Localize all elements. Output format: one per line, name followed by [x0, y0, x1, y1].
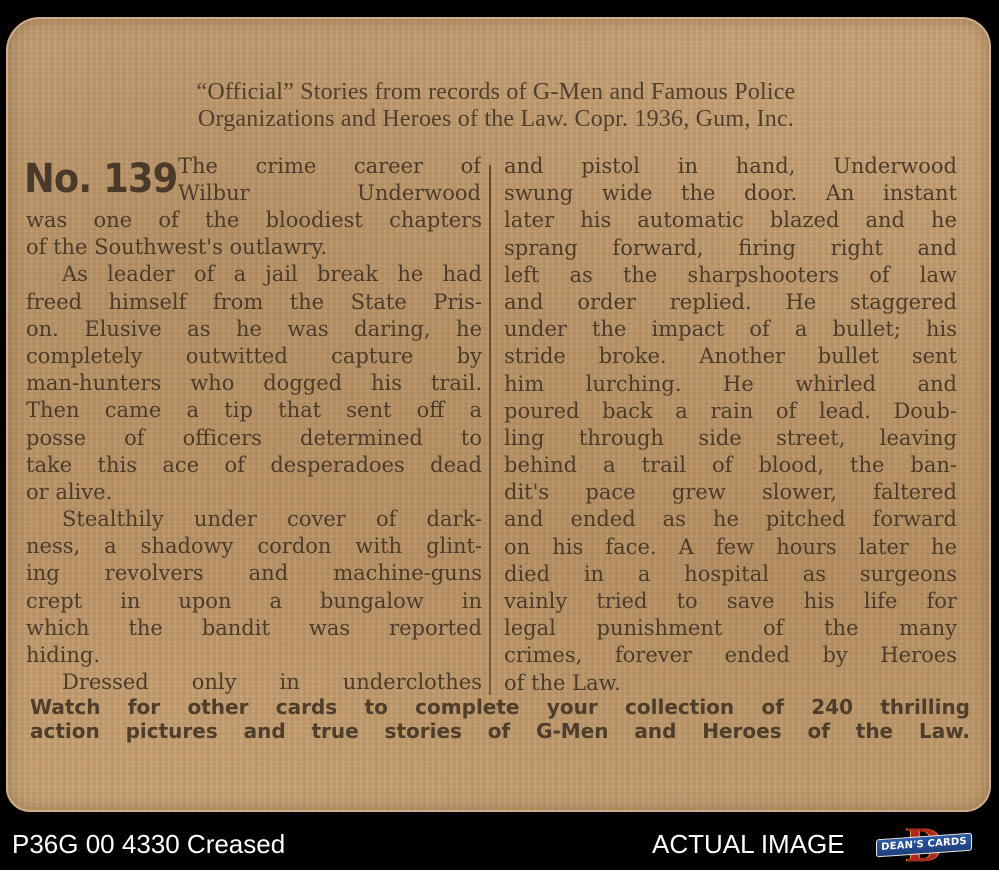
- story-line: left as the sharpshooters of law: [504, 262, 957, 289]
- collection-note-line: Watch for other cards to complete your c…: [30, 695, 970, 719]
- story-line: crimes, forever ended by Heroes: [504, 642, 957, 669]
- story-line: was one of the bloodiest chapters: [26, 207, 482, 234]
- story-line: and pistol in hand, Underwood: [504, 153, 957, 180]
- story-line: sprang forward, firing right and: [504, 235, 957, 262]
- story-line: The crime career of: [178, 153, 481, 180]
- story-line: Then came a tip that sent off a: [26, 397, 482, 424]
- story-line: on. Elusive as he was daring, he: [26, 316, 482, 343]
- story-line: behind a trail of blood, the ban-: [504, 452, 957, 479]
- trading-card-back: “Official” Stories from records of G-Men…: [6, 17, 991, 812]
- story-line: posse of officers determined to: [26, 425, 482, 452]
- story-line: of the Law.: [504, 670, 957, 697]
- image-stage: “Official” Stories from records of G-Men…: [0, 0, 999, 870]
- story-line: legal punishment of the many: [504, 615, 957, 642]
- story-line: on his face. A few hours later he: [504, 534, 957, 561]
- story-line: As leader of a jail break he had: [26, 261, 482, 288]
- logo-banner: DEAN'S CARDS: [876, 833, 972, 858]
- story-line: and order replied. He staggered: [504, 289, 957, 316]
- header-line: Organizations and Heroes of the Law. Cop…: [86, 106, 906, 133]
- story-line: died in a hospital as surgeons: [504, 561, 957, 588]
- header-line: “Official” Stories from records of G-Men…: [86, 79, 906, 106]
- story-line: and ended as he pitched forward: [504, 506, 957, 533]
- story-line: later his automatic blazed and he: [504, 207, 957, 234]
- story-line: take this ace of desperadoes dead: [26, 452, 482, 479]
- story-line: dit's pace grew slower, faltered: [504, 479, 957, 506]
- story-line: Wilbur Underwood: [178, 180, 481, 207]
- card-grade-caption: P36G 00 4330 Creased: [12, 829, 285, 860]
- story-intro: The crime career of Wilbur Underwood: [178, 153, 481, 207]
- story-line: crept in upon a bungalow in: [26, 588, 482, 615]
- story-line: or alive.: [26, 479, 482, 506]
- story-line: swung wide the door. An instant: [504, 180, 957, 207]
- story-line: which the bandit was reported: [26, 615, 482, 642]
- deans-cards-logo[interactable]: D DEAN'S CARDS: [876, 822, 972, 866]
- card-header: “Official” Stories from records of G-Men…: [86, 79, 906, 133]
- story-right-column: and pistol in hand, Underwoodswung wide …: [504, 153, 957, 697]
- story-line: freed himself from the State Pris-: [26, 289, 482, 316]
- story-line: hiding.: [26, 642, 482, 669]
- story-line: Stealthily under cover of dark-: [26, 506, 482, 533]
- card-number: No. 139: [24, 157, 177, 201]
- story-left-column: was one of the bloodiest chaptersof the …: [26, 207, 482, 696]
- actual-image-label: ACTUAL IMAGE: [652, 829, 845, 860]
- story-line: man-hunters who dogged his trail.: [26, 370, 482, 397]
- story-line: him lurching. He whirled and: [504, 371, 957, 398]
- story-line: ling through side street, leaving: [504, 425, 957, 452]
- story-line: ing revolvers and machine-guns: [26, 560, 482, 587]
- story-line: poured back a rain of lead. Doub-: [504, 398, 957, 425]
- story-line: under the impact of a bullet; his: [504, 316, 957, 343]
- story-line: Dressed only in underclothes: [26, 669, 482, 696]
- story-line: completely outwitted capture by: [26, 343, 482, 370]
- collection-note: Watch for other cards to complete your c…: [30, 695, 970, 743]
- column-divider: [489, 165, 491, 695]
- story-line: stride broke. Another bullet sent: [504, 343, 957, 370]
- story-line: ness, a shadowy cordon with glint-: [26, 533, 482, 560]
- collection-note-line: action pictures and true stories of G-Me…: [30, 719, 970, 743]
- story-line: vainly tried to save his life for: [504, 588, 957, 615]
- story-line: of the Southwest's outlawry.: [26, 234, 482, 261]
